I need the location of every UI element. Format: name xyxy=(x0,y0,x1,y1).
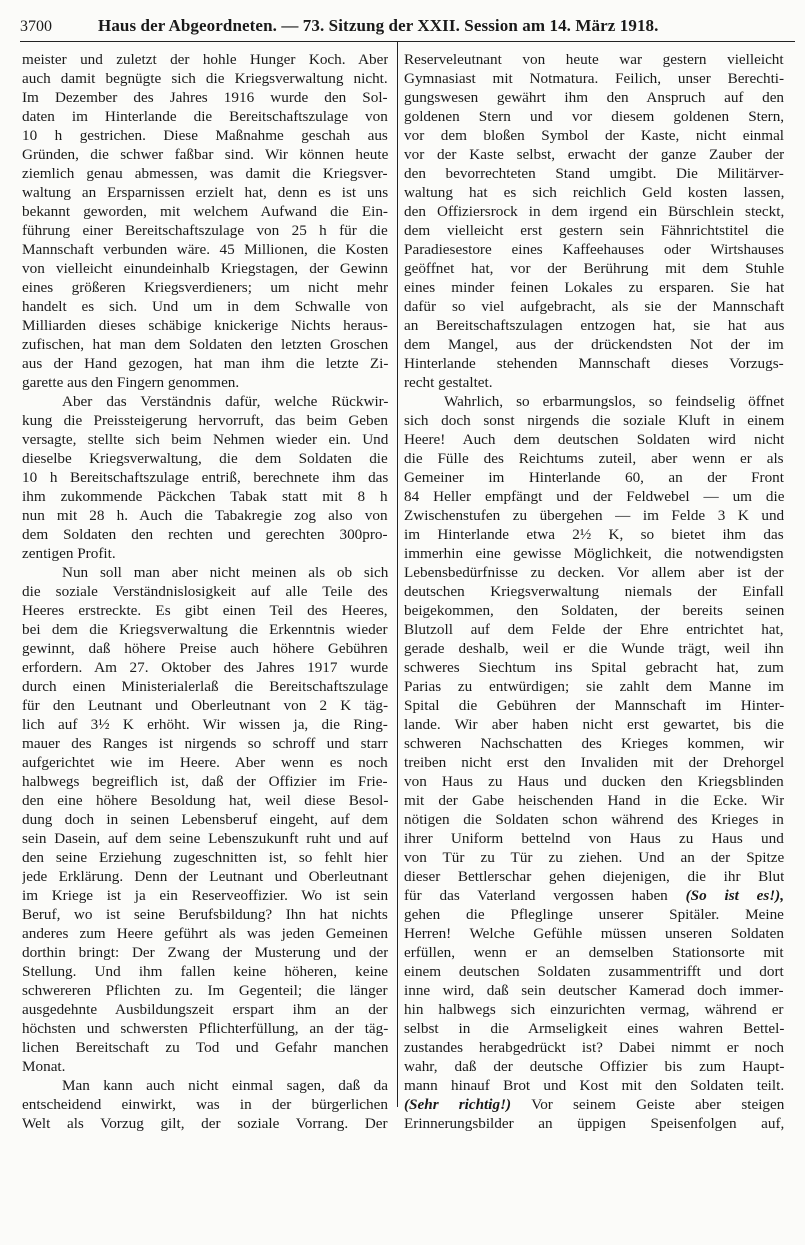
line-text: an Bereitschaftszulagen entzogen hat, si… xyxy=(404,317,784,334)
line-text: bei dem die Kriegsverwaltung die Erkennt… xyxy=(22,621,388,638)
left-column: meister und zuletzt der hohle Hunger Koc… xyxy=(22,50,388,1133)
text-line: von Haus zu Haus und ducken den Kriegsbl… xyxy=(404,772,784,791)
line-text: zentigen Profit. xyxy=(22,545,116,562)
text-line: ausgedehnte Ausbildungszeit erspart ihm … xyxy=(22,1000,388,1019)
header-rule xyxy=(20,41,795,42)
text-line: dem vielleicht erst gestern sein Fähnric… xyxy=(404,221,784,240)
line-text: ihrer Uniform bettelnd von Haus zu Haus … xyxy=(404,830,784,847)
line-text: dem Mangel, aus der drückendsten Not der… xyxy=(404,336,784,353)
text-line: von Tür zu Tür zu ziehen. Und an der Spi… xyxy=(404,848,784,867)
text-line: gehen die Pfleglinge unserer Spitäler. M… xyxy=(404,905,784,924)
line-text: mit der Gabe heischenden Hand in die Eck… xyxy=(404,792,784,809)
text-line: für den Leutnant und Oberleutnant von 2 … xyxy=(22,696,388,715)
line-text: dorthin bringt: Der Zwang der Musterung … xyxy=(22,944,388,961)
text-line: dorthin bringt: Der Zwang der Musterung … xyxy=(22,943,388,962)
line-text: hin halbwegs sich einzurichten vermag, w… xyxy=(404,1001,784,1018)
line-text: Zwischenstufen zu übergehen — im Felde 3… xyxy=(404,507,784,524)
line-text: garette aus den Fingern genommen. xyxy=(22,374,239,391)
text-line: zufischen, hat man dem Soldaten den letz… xyxy=(22,335,388,354)
line-text: jede Erklärung. Denn der Leutnant und Ob… xyxy=(22,868,388,885)
text-line: im Hinterlande etwa 2½ K, so bietet ihm … xyxy=(404,525,784,544)
text-line: im Kriege ist ja ein Reserveoffizier. Wo… xyxy=(22,886,388,905)
line-text: schwereren Pflichten zu. Im Gegenteil; d… xyxy=(22,982,388,999)
text-line: wahr, daß der deutsche Offizier bis zum … xyxy=(404,1057,784,1076)
text-line: versagte, stellte sich beim Nehmen wiede… xyxy=(22,430,388,449)
text-line: Aber das Verständnis dafür, welche Rückw… xyxy=(22,392,428,411)
line-text: zustandes herabgedrückt ist? Dabei nimmt… xyxy=(404,1039,784,1056)
text-line: von vielleicht einundeinhalb Kriegstagen… xyxy=(22,259,388,278)
line-text: den seine Erziehung zugeschnitten ist, s… xyxy=(22,849,388,866)
text-line: Spital die Gebühren der Mannschaft im Hi… xyxy=(404,696,784,715)
text-line: Milliarden dieses schäbige knickerige Ni… xyxy=(22,316,388,335)
line-text: geöffnet hat, vor der Berührung mit dem … xyxy=(404,260,784,277)
line-text: Heere! Auch dem deutschen Soldaten wird … xyxy=(404,431,784,448)
text-line: meister und zuletzt der hohle Hunger Koc… xyxy=(22,50,388,69)
text-line: deutschen Kriegsverwaltung niemals der E… xyxy=(404,582,784,601)
text-line: Monat. xyxy=(22,1057,388,1076)
text-line: bei dem die Kriegsverwaltung die Erkennt… xyxy=(22,620,388,639)
text-line: Blutzoll auf dem Felde der Ehre entricht… xyxy=(404,620,784,639)
line-text: Lebensbedürfnisse zu decken. Vor allem a… xyxy=(404,564,784,581)
line-text: mauer des Ranges ist nirgends so schroff… xyxy=(22,735,388,752)
text-line: eines minder feinen Lokales zu ersparen.… xyxy=(404,278,784,297)
line-text: waltung hat es sich reichlich Geld koste… xyxy=(404,184,784,201)
text-line: lichen Bereitschaft zu Tod und Gefahr ma… xyxy=(22,1038,388,1057)
line-text: beigekommen, den Soldaten, der bereits s… xyxy=(404,602,784,619)
line-text: ihm zukommende Päckchen Tabak statt mit … xyxy=(22,488,388,505)
text-line: waltung an Ersparnissen erzielt hat, den… xyxy=(22,183,388,202)
text-line: recht gestaltet. xyxy=(404,373,784,392)
line-text: im Kriege ist ja ein Reserveoffizier. Wo… xyxy=(22,887,388,904)
text-line: Erinnerungsbilder an üppigen Speisenfolg… xyxy=(404,1114,784,1133)
line-text: sich doch sonst nirgends die soziale Klu… xyxy=(404,412,784,429)
text-line: handelt es sich. Und um in dem Schwalle … xyxy=(22,297,388,316)
text-line: Hinterlande stehenden Mannschaft dieses … xyxy=(404,354,784,373)
text-line: schwereren Pflichten zu. Im Gegenteil; d… xyxy=(22,981,388,1000)
line-text: vor dem bloßen Symbol der Kaste, nicht e… xyxy=(404,127,784,144)
text-line: Beruf, wo ist seine Berufsbildung? Ihn h… xyxy=(22,905,388,924)
text-line: kung die Preissteigerung hervorruft, das… xyxy=(22,411,388,430)
line-text: gewinnt, daß höhere Preise auch höhere G… xyxy=(22,640,388,657)
line-text: wahr, daß der deutsche Offizier bis zum … xyxy=(404,1058,784,1075)
line-text: dem Soldaten den rechten und gerechten 3… xyxy=(22,526,388,543)
line-text: halbwegs begreiflich ist, daß der Offizi… xyxy=(22,773,388,790)
line-text: dieselbe Kriegsverwaltung, die dem Solda… xyxy=(22,450,388,467)
text-line: führung einer Bereitschaftszulage von 25… xyxy=(22,221,388,240)
text-line: daten im Hinterlande die Bereitschaftszu… xyxy=(22,107,388,126)
text-line: geöffnet hat, vor der Berührung mit dem … xyxy=(404,259,784,278)
text-line: inne wird, daß sein deutscher Kamerad do… xyxy=(404,981,784,1000)
text-line: lande. Wir aber haben nicht erst gewarte… xyxy=(404,715,784,734)
interjection: (Sehr richtig!) xyxy=(404,1096,531,1113)
text-line: dafür so viel aufgebracht, als sie der M… xyxy=(404,297,784,316)
line-text: nun mit 28 h. Auch die Tabakregie zog al… xyxy=(22,507,388,524)
text-line: aus der Hand gezogen, hat man ihm die le… xyxy=(22,354,388,373)
text-line: den bevorrechteten Stand umgibt. Die Mil… xyxy=(404,164,784,183)
line-text: höchsten und schwersten Pflichterfüllung… xyxy=(22,1020,388,1037)
line-text: Hinterlande stehenden Mannschaft dieses … xyxy=(404,355,784,372)
text-line: den eine höhere Besoldung hat, weil dies… xyxy=(22,791,388,810)
line-text: dung doch in seinen Lebensberuf eingeht,… xyxy=(22,811,388,828)
text-line: erfordern. Am 27. Oktober des Jahres 191… xyxy=(22,658,388,677)
line-text: Monat. xyxy=(22,1058,65,1075)
text-line: durch einen Ministerialerlaß die Bereits… xyxy=(22,677,388,696)
text-line: Gymnasiast mit Notmatura. Feilich, unser… xyxy=(404,69,784,88)
line-text: ausgedehnte Ausbildungszeit erspart ihm … xyxy=(22,1001,388,1018)
text-line: lich auf 3½ K erhöht. Wir wissen ja, die… xyxy=(22,715,388,734)
text-line: 10 h Bereitschaftszulage entriß, berechn… xyxy=(22,468,388,487)
text-line: waltung hat es sich reichlich Geld koste… xyxy=(404,183,784,202)
line-text: für den Leutnant und Oberleutnant von 2 … xyxy=(22,697,388,714)
text-line: schweren Nachschatten des Krieges kommen… xyxy=(404,734,784,753)
line-text: Aber das Verständnis dafür, welche Rückw… xyxy=(62,393,388,410)
line-text: zufischen, hat man dem Soldaten den letz… xyxy=(22,336,388,353)
text-line: Lebensbedürfnisse zu decken. Vor allem a… xyxy=(404,563,784,582)
line-text: waltung an Ersparnissen erzielt hat, den… xyxy=(22,184,388,201)
line-text: Im Dezember des Jahres 1916 wurde den So… xyxy=(22,89,388,106)
text-line: sich doch sonst nirgends die soziale Klu… xyxy=(404,411,784,430)
text-line: Zwischenstufen zu übergehen — im Felde 3… xyxy=(404,506,784,525)
line-text: vor der Kaste selbst, erwacht der ganze … xyxy=(404,146,784,163)
line-text: meister und zuletzt der hohle Hunger Koc… xyxy=(22,51,388,68)
line-text: Wahrlich, so erbarmungslos, so feindseli… xyxy=(444,393,784,410)
line-text: eines minder feinen Lokales zu ersparen.… xyxy=(404,279,784,296)
line-text: Stellung. Und ihm fallen keine höheren, … xyxy=(22,963,388,980)
text-line: zustandes herabgedrückt ist? Dabei nimmt… xyxy=(404,1038,784,1057)
line-text: den Offiziersrock in dem irgend ein Bürs… xyxy=(404,203,784,220)
line-text: erfüllen, wenn er an demselben Stationso… xyxy=(404,944,784,961)
line-text: auch damit begnügte sich die Kriegsverwa… xyxy=(22,70,388,87)
text-line: garette aus den Fingern genommen. xyxy=(22,373,388,392)
text-line: Herren! Welche Gefühle müssen unseren So… xyxy=(404,924,784,943)
text-line: beigekommen, den Soldaten, der bereits s… xyxy=(404,601,784,620)
text-line: Reserveleutnant von heute war gestern vi… xyxy=(404,50,784,69)
line-text: Beruf, wo ist seine Berufsbildung? Ihn h… xyxy=(22,906,388,923)
line-text: den bevorrechteten Stand umgibt. Die Mil… xyxy=(404,165,784,182)
text-line: auch damit begnügte sich die Kriegsverwa… xyxy=(22,69,388,88)
line-text: recht gestaltet. xyxy=(404,374,493,391)
text-line: den seine Erziehung zugeschnitten ist, s… xyxy=(22,848,388,867)
text-line: gungswesen gewährt ihm den Anspruch auf … xyxy=(404,88,784,107)
page-header: 3700 Haus der Abgeordneten. — 73. Sitzun… xyxy=(20,14,790,40)
text-line: ihm zukommende Päckchen Tabak statt mit … xyxy=(22,487,388,506)
line-text: Herren! Welche Gefühle müssen unseren So… xyxy=(404,925,784,942)
text-line: zentigen Profit. xyxy=(22,544,388,563)
text-line: nun mit 28 h. Auch die Tabakregie zog al… xyxy=(22,506,388,525)
line-text: dafür so viel aufgebracht, als sie der M… xyxy=(404,298,784,315)
text-line: ziemlich genau abmessen, was damit die K… xyxy=(22,164,388,183)
line-text: Vor seinem Geiste aber steigen xyxy=(531,1096,784,1113)
line-text: versagte, stellte sich beim Nehmen wiede… xyxy=(22,431,388,448)
line-text: bekannt geworden, mit welchem Aufwand di… xyxy=(22,203,388,220)
text-line: die Fülle des Reichtums zuteil, aber wen… xyxy=(404,449,784,468)
line-text: führung einer Bereitschaftszulage von 25… xyxy=(22,222,388,239)
line-text: Reserveleutnant von heute war gestern vi… xyxy=(404,51,784,68)
text-line: treiben nicht erst den Invaliden mit der… xyxy=(404,753,784,772)
text-line: aufgerichtet wie im Heere. Aber wenn es … xyxy=(22,753,388,772)
line-text: selbst in die Armseligkeit eines wahren … xyxy=(404,1020,784,1037)
right-column: Reserveleutnant von heute war gestern vi… xyxy=(404,50,784,1133)
line-text: kung die Preissteigerung hervorruft, das… xyxy=(22,412,388,429)
line-text: von Tür zu Tür zu ziehen. Und an der Spi… xyxy=(404,849,784,866)
text-line: erfüllen, wenn er an demselben Stationso… xyxy=(404,943,784,962)
line-text: aus der Hand gezogen, hat man ihm die le… xyxy=(22,355,388,372)
line-text: für das Vaterland vergossen haben xyxy=(404,887,668,904)
line-text: aufgerichtet wie im Heere. Aber wenn es … xyxy=(22,754,388,771)
text-line: 84 Heller empfängt und der Feldwebel — u… xyxy=(404,487,784,506)
line-text: dem vielleicht erst gestern sein Fähnric… xyxy=(404,222,784,239)
text-line: Gründen, die schwer faßbar sind. Wir kön… xyxy=(22,145,388,164)
text-line: Parias zu entwürdigen; sie zahlt dem Man… xyxy=(404,677,784,696)
text-line: gerade deshalb, weil er die Wunde trägt,… xyxy=(404,639,784,658)
line-text: Welt als Vorzug gilt, der soziale Vorran… xyxy=(22,1115,388,1132)
line-text: im Hinterlande etwa 2½ K, so bietet ihm … xyxy=(404,526,784,543)
line-text: schweres Siechtum ins Spital gebracht ha… xyxy=(404,659,784,676)
line-text: sein Dasein, auf dem seine Lebenszukunft… xyxy=(22,830,388,847)
text-line: eines größeren Kriegsverdieners; um nich… xyxy=(22,278,388,297)
text-line: halbwegs begreiflich ist, daß der Offizi… xyxy=(22,772,388,791)
text-line: selbst in die Armseligkeit eines wahren … xyxy=(404,1019,784,1038)
text-line: anderes zum Heere geführt als was jeden … xyxy=(22,924,388,943)
line-text: die soziale Verständnislosigkeit auf all… xyxy=(22,583,388,600)
text-line: den Offiziersrock in dem irgend ein Bürs… xyxy=(404,202,784,221)
line-text: Mannschaft verbunden wäre. 45 Millionen,… xyxy=(22,241,388,258)
line-text: Spital die Gebühren der Mannschaft im Hi… xyxy=(404,697,784,714)
text-line: mann hinauf Brot und Kost mit den Soldat… xyxy=(404,1076,784,1095)
line-text: gehen die Pfleglinge unserer Spitäler. M… xyxy=(404,906,784,923)
line-text: 10 h Bereitschaftszulage entriß, berechn… xyxy=(22,469,388,486)
line-text: Erinnerungsbilder an üppigen Speisenfolg… xyxy=(404,1115,784,1132)
text-line: die soziale Verständnislosigkeit auf all… xyxy=(22,582,388,601)
text-line: einem deutschen Soldaten zusammentrifft … xyxy=(404,962,784,981)
text-line: Heere! Auch dem deutschen Soldaten wird … xyxy=(404,430,784,449)
text-line: immerhin eine gewisse Möglichkeit, die n… xyxy=(404,544,784,563)
line-text: Paradiesestore eines Kaffeehauses oder W… xyxy=(404,241,784,258)
text-line: Paradiesestore eines Kaffeehauses oder W… xyxy=(404,240,784,259)
text-line: Mannschaft verbunden wäre. 45 Millionen,… xyxy=(22,240,388,259)
line-text: handelt es sich. Und um in dem Schwalle … xyxy=(22,298,388,315)
line-text: von Haus zu Haus und ducken den Kriegsbl… xyxy=(404,773,784,790)
text-line: mit der Gabe heischenden Hand in die Eck… xyxy=(404,791,784,810)
line-text: Gründen, die schwer faßbar sind. Wir kön… xyxy=(22,146,388,163)
text-line: Wahrlich, so erbarmungslos, so feindseli… xyxy=(404,392,805,411)
text-line: dem Mangel, aus der drückendsten Not der… xyxy=(404,335,784,354)
line-text: entscheidend einwirkt, was in der bürger… xyxy=(22,1096,388,1113)
text-line: mauer des Ranges ist nirgends so schroff… xyxy=(22,734,388,753)
line-text: 10 h gestrichen. Diese Maßnahme geschah … xyxy=(22,127,388,144)
line-text: 84 Heller empfängt und der Feldwebel — u… xyxy=(404,488,784,505)
line-text: lichen Bereitschaft zu Tod und Gefahr ma… xyxy=(22,1039,388,1056)
line-text: einem deutschen Soldaten zusammentrifft … xyxy=(404,963,784,980)
page-number: 3700 xyxy=(20,18,52,36)
line-text: erfordern. Am 27. Oktober des Jahres 191… xyxy=(22,659,388,676)
text-line: (Sehr richtig!) Vor seinem Geiste aber s… xyxy=(404,1095,784,1114)
text-line: vor der Kaste selbst, erwacht der ganze … xyxy=(404,145,784,164)
line-text: gerade deshalb, weil er die Wunde trägt,… xyxy=(404,640,784,657)
document-page: 3700 Haus der Abgeordneten. — 73. Sitzun… xyxy=(0,0,805,1245)
line-text: schweren Nachschatten des Krieges kommen… xyxy=(404,735,784,752)
line-text: daten im Hinterlande die Bereitschaftszu… xyxy=(22,108,388,125)
line-text: goldenen Stern und vor diesem goldenen S… xyxy=(404,108,784,125)
line-text: Nun soll man aber nicht meinen als ob si… xyxy=(62,564,388,581)
line-text: Heeres erstreckte. Es gibt einen Teil de… xyxy=(22,602,388,619)
text-line: für das Vaterland vergossen haben (So is… xyxy=(404,886,784,905)
text-line: bekannt geworden, mit welchem Aufwand di… xyxy=(22,202,388,221)
line-text: den eine höhere Besoldung hat, weil dies… xyxy=(22,792,388,809)
line-text: lich auf 3½ K erhöht. Wir wissen ja, die… xyxy=(22,716,388,733)
text-line: Heeres erstreckte. Es gibt einen Teil de… xyxy=(22,601,388,620)
text-line: sein Dasein, auf dem seine Lebenszukunft… xyxy=(22,829,388,848)
text-line: Gemeiner im Hinterlande 60, an der Front xyxy=(404,468,784,487)
line-text: deutschen Kriegsverwaltung niemals der E… xyxy=(404,583,784,600)
line-text: treiben nicht erst den Invaliden mit der… xyxy=(404,754,784,771)
line-text: ziemlich genau abmessen, was damit die K… xyxy=(22,165,388,182)
line-text: dieser Bettlerschar gehen diejenigen, di… xyxy=(404,868,784,885)
line-text: Blutzoll auf dem Felde der Ehre entricht… xyxy=(404,621,784,638)
line-text: gungswesen gewährt ihm den Anspruch auf … xyxy=(404,89,784,106)
text-line: dem Soldaten den rechten und gerechten 3… xyxy=(22,525,388,544)
line-text: die Fülle des Reichtums zuteil, aber wen… xyxy=(404,450,784,467)
text-line: vor dem bloßen Symbol der Kaste, nicht e… xyxy=(404,126,784,145)
interjection: (So ist es!), xyxy=(668,887,784,904)
line-text: von vielleicht einundeinhalb Kriegstagen… xyxy=(22,260,388,277)
text-line: Nun soll man aber nicht meinen als ob si… xyxy=(22,563,428,582)
line-text: lande. Wir aber haben nicht erst gewarte… xyxy=(404,716,784,733)
text-line: goldenen Stern und vor diesem goldenen S… xyxy=(404,107,784,126)
line-text: anderes zum Heere geführt als was jeden … xyxy=(22,925,388,942)
text-line: höchsten und schwersten Pflichterfüllung… xyxy=(22,1019,388,1038)
text-line: dieser Bettlerschar gehen diejenigen, di… xyxy=(404,867,784,886)
line-text: Milliarden dieses schäbige knickerige Ni… xyxy=(22,317,388,334)
text-line: Stellung. Und ihm fallen keine höheren, … xyxy=(22,962,388,981)
text-line: hin halbwegs sich einzurichten vermag, w… xyxy=(404,1000,784,1019)
line-text: durch einen Ministerialerlaß die Bereits… xyxy=(22,678,388,695)
line-text: Parias zu entwürdigen; sie zahlt dem Man… xyxy=(404,678,784,695)
line-text: Gymnasiast mit Notmatura. Feilich, unser… xyxy=(404,70,784,87)
text-line: dieselbe Kriegsverwaltung, die dem Solda… xyxy=(22,449,388,468)
text-line: dung doch in seinen Lebensberuf eingeht,… xyxy=(22,810,388,829)
text-line: entscheidend einwirkt, was in der bürger… xyxy=(22,1095,388,1114)
text-line: Man kann auch nicht einmal sagen, daß da xyxy=(22,1076,428,1095)
line-text: Gemeiner im Hinterlande 60, an der Front xyxy=(404,469,784,486)
text-line: jede Erklärung. Denn der Leutnant und Ob… xyxy=(22,867,388,886)
line-text: mann hinauf Brot und Kost mit den Soldat… xyxy=(404,1077,784,1094)
running-head: Haus der Abgeordneten. — 73. Sitzung der… xyxy=(98,16,659,36)
text-line: Im Dezember des Jahres 1916 wurde den So… xyxy=(22,88,388,107)
line-text: immerhin eine gewisse Möglichkeit, die n… xyxy=(404,545,784,562)
text-line: 10 h gestrichen. Diese Maßnahme geschah … xyxy=(22,126,388,145)
line-text: inne wird, daß sein deutscher Kamerad do… xyxy=(404,982,784,999)
text-line: gewinnt, daß höhere Preise auch höhere G… xyxy=(22,639,388,658)
line-text: nötigen die Soldaten schon während des K… xyxy=(404,811,784,828)
text-line: Welt als Vorzug gilt, der soziale Vorran… xyxy=(22,1114,388,1133)
line-text: eines größeren Kriegsverdieners; um nich… xyxy=(22,279,388,296)
text-line: an Bereitschaftszulagen entzogen hat, si… xyxy=(404,316,784,335)
line-text: Man kann auch nicht einmal sagen, daß da xyxy=(62,1077,388,1094)
text-line: nötigen die Soldaten schon während des K… xyxy=(404,810,784,829)
text-line: ihrer Uniform bettelnd von Haus zu Haus … xyxy=(404,829,784,848)
text-line: schweres Siechtum ins Spital gebracht ha… xyxy=(404,658,784,677)
